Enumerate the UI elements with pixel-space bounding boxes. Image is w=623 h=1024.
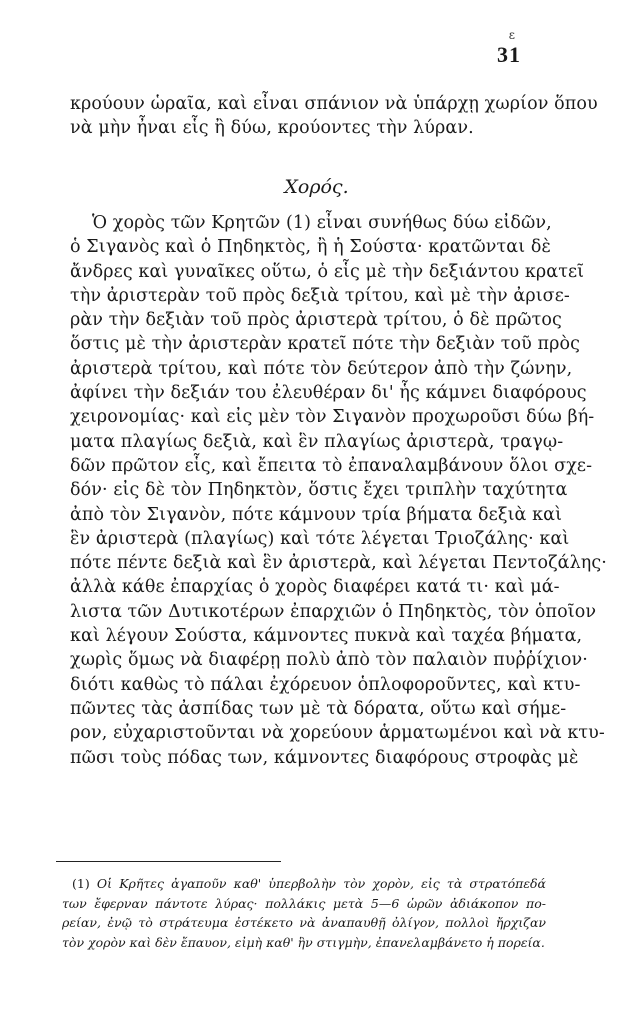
page-number: 31 bbox=[497, 42, 521, 68]
text-line: ἀλλὰ κάθε ἐπαρχίας ὁ χορὸς διαφέρει κατά… bbox=[70, 575, 545, 599]
text-line: κρούουν ὡραῖα, καὶ εἶναι σπάνιον νὰ ὑπάρ… bbox=[70, 92, 545, 116]
text-line: δόν· εἰς δὲ τὸν Πηδηκτὸν, ὅστις ἔχει τρι… bbox=[70, 478, 545, 502]
text-line: χωρὶς ὅμως νὰ διαφέρῃ πολὺ ἀπὸ τὸν παλαι… bbox=[70, 648, 545, 672]
footnote: (1) Οἱ Κρῆτες ἀγαποῦν καθ' ὑπερβολὴν τὸν… bbox=[62, 874, 546, 952]
text-line: ἀπὸ τὸν Σιγανὸν, πότε κάμνουν τρία βήματ… bbox=[70, 503, 545, 527]
text-line: νὰ μὴν ἦναι εἷς ἢ δύω, κρούοντες τὴν λύρ… bbox=[70, 116, 545, 140]
text-line: ὅστις μὲ τὴν ἀριστερὰν κρατεῖ πότε τὴν δ… bbox=[70, 332, 545, 356]
text-line: ρὰν τὴν δεξιὰν τοῦ πρὸς ἀριστερὰ τρίτου,… bbox=[70, 308, 545, 332]
signature-mark: ε bbox=[509, 28, 515, 42]
text-line: Ὁ χορὸς τῶν Κρητῶν (1) εἶναι συνήθως δύω… bbox=[70, 211, 545, 235]
text-line: ρον, εὐχαριστοῦνται νὰ χορεύουν ἁρματωμέ… bbox=[70, 721, 545, 745]
opening-paragraph: κρούουν ὡραῖα, καὶ εἶναι σπάνιον νὰ ὑπάρ… bbox=[70, 92, 545, 141]
section-heading: Χορός. bbox=[0, 176, 623, 198]
text-line: πῶντες τὰς ἀσπίδας των μὲ τὰ δόρατα, οὕτ… bbox=[70, 697, 545, 721]
footnote-divider bbox=[56, 861, 281, 862]
footnote-line: των ἔφερναν πάντοτε λύρας· πολλάκις μετὰ… bbox=[62, 894, 546, 914]
text-line: διότι καθὼς τὸ πάλαι ἐχόρευον ὁπλοφοροῦν… bbox=[70, 673, 545, 697]
text-line: πῶσι τοὺς πόδας των, κάμνοντες διαφόρους… bbox=[70, 746, 545, 770]
text-line: ἀριστερὰ τρίτου, καὶ πότε τὸν δεύτερον ἀ… bbox=[70, 357, 545, 381]
footnote-marker: (1) bbox=[72, 876, 90, 891]
body-paragraph: Ὁ χορὸς τῶν Κρητῶν (1) εἶναι συνήθως δύω… bbox=[70, 211, 545, 770]
text-line: ἓν ἀριστερὰ (πλαγίως) καὶ τότε λέγεται Τ… bbox=[70, 527, 545, 551]
text-line: χειρονομίας· καὶ εἰς μὲν τὸν Σιγανὸν προ… bbox=[70, 405, 545, 429]
footnote-text: Οἱ Κρῆτες ἀγαποῦν καθ' ὑπερβολὴν τὸν χορ… bbox=[97, 876, 546, 891]
text-line: πότε πέντε δεξιὰ καὶ ἓν ἀριστερὰ, καὶ λέ… bbox=[70, 551, 545, 575]
text-line: ὁ Σιγανὸς καὶ ὁ Πηδηκτὸς, ἢ ἡ Σούστα· κρ… bbox=[70, 235, 545, 259]
text-line: λιστα τῶν Δυτικοτέρων ἐπαρχιῶν ὁ Πηδηκτὸ… bbox=[70, 600, 545, 624]
text-line: ματα πλαγίως δεξιὰ, καὶ ἓν πλαγίως ἀριστ… bbox=[70, 430, 545, 454]
footnote-line: ρείαν, ἐνῷ τὸ στράτευμα ἐστέκετο νὰ ἀναπ… bbox=[62, 913, 546, 933]
text-line: ἄνδρες καὶ γυναῖκες οὕτω, ὁ εἷς μὲ τὴν δ… bbox=[70, 260, 545, 284]
text-line: τὴν ἀριστερὰν τοῦ πρὸς δεξιὰ τρίτου, καὶ… bbox=[70, 284, 545, 308]
text-line: δῶν πρῶτον εἷς, καὶ ἔπειτα τὸ ἐπαναλαμβά… bbox=[70, 454, 545, 478]
text-line: καὶ λέγουν Σούστα, κάμνοντες πυκνὰ καὶ τ… bbox=[70, 624, 545, 648]
footnote-line: (1) Οἱ Κρῆτες ἀγαποῦν καθ' ὑπερβολὴν τὸν… bbox=[62, 874, 546, 894]
text-line: ἀφίνει τὴν δεξιάν του ἐλευθέραν δι' ἧς κ… bbox=[70, 381, 545, 405]
footnote-line: τὸν χορὸν καὶ δὲν ἔπαυον, εἰμὴ καθ' ἣν σ… bbox=[62, 933, 546, 953]
